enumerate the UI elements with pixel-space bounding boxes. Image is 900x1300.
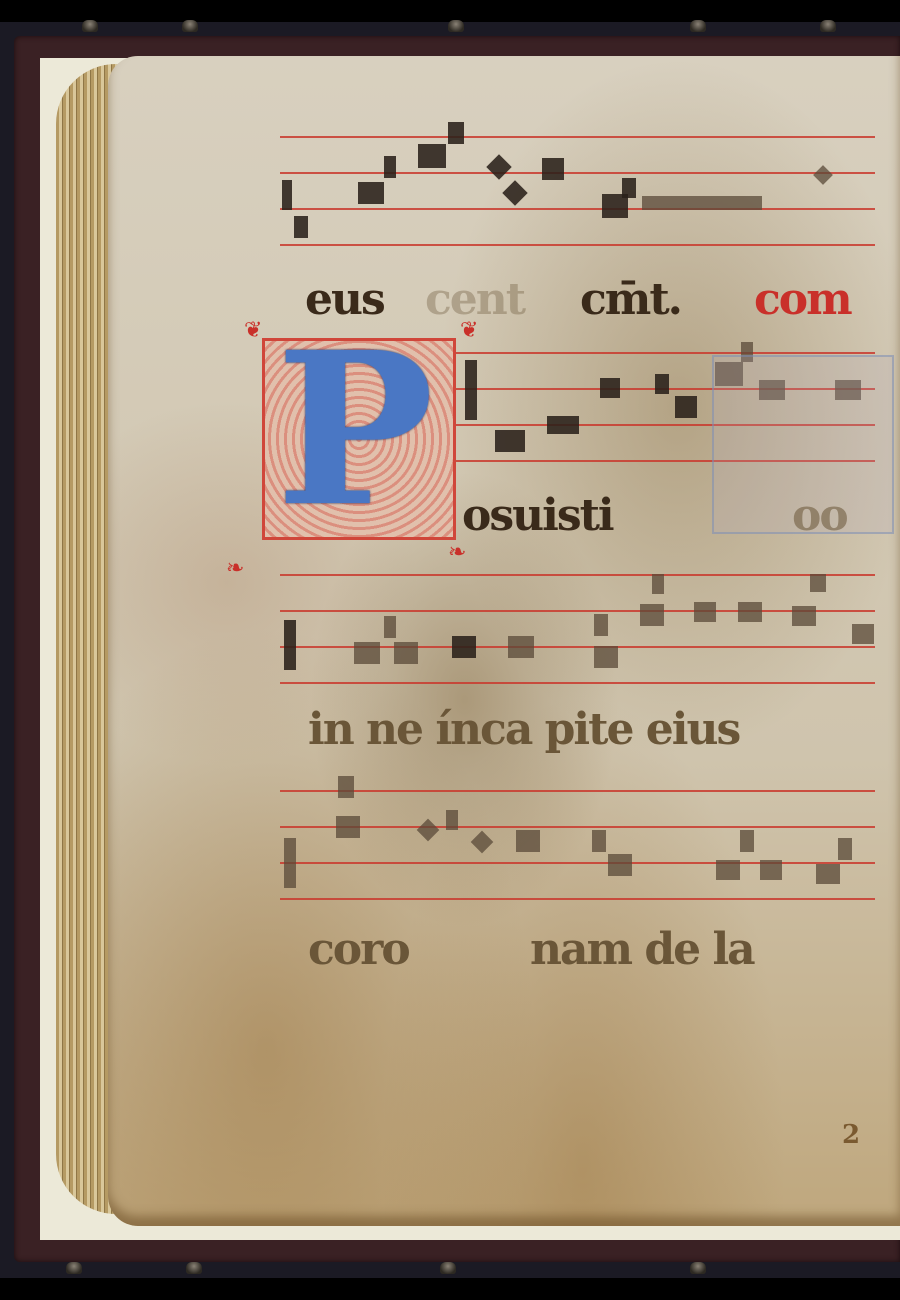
clef-icon	[284, 620, 296, 670]
binding-stud	[690, 1262, 706, 1274]
rubric-text: com	[754, 278, 851, 322]
note	[622, 178, 636, 198]
flourish-icon: ❧	[448, 540, 466, 565]
music-staff	[280, 574, 875, 686]
note	[508, 636, 534, 658]
note-rhombus	[813, 165, 833, 185]
binding-stud	[82, 20, 98, 32]
note	[446, 810, 458, 830]
clef-icon	[284, 838, 296, 888]
note	[738, 602, 762, 622]
note	[760, 860, 782, 880]
lyric-text: cm̄t.	[580, 278, 681, 322]
note	[594, 646, 618, 668]
binding-stud	[448, 20, 464, 32]
top-black-border	[0, 0, 900, 22]
note	[792, 606, 816, 626]
note-rhombus	[471, 831, 494, 854]
lyric-text-faded: cent	[425, 278, 524, 322]
flourish-icon: ❦	[244, 318, 262, 343]
folio-mark: 2	[842, 1120, 860, 1150]
note	[810, 574, 826, 592]
note-rhombus	[486, 154, 511, 179]
binding-stud	[690, 20, 706, 32]
lyric-text: nam de la	[530, 928, 754, 972]
note	[495, 430, 525, 452]
note	[852, 624, 874, 644]
note	[294, 216, 308, 238]
note	[452, 636, 476, 658]
lyric-text-faded: oo	[792, 494, 847, 538]
note	[716, 860, 740, 880]
note	[675, 396, 697, 418]
note	[418, 144, 446, 168]
note	[336, 816, 360, 838]
note-rhombus	[417, 819, 440, 842]
note	[652, 574, 664, 594]
binding-stud	[182, 20, 198, 32]
note	[354, 642, 380, 664]
note	[694, 602, 716, 622]
note-rhombus	[502, 180, 527, 205]
clef-icon	[282, 180, 292, 210]
note	[384, 156, 396, 178]
note	[516, 830, 540, 852]
note	[838, 838, 852, 860]
binding-stud	[440, 1262, 456, 1274]
lyric-text: in ne ínca pite eius	[308, 708, 739, 752]
binding-stud	[186, 1262, 202, 1274]
binding-stud	[820, 20, 836, 32]
note	[547, 416, 579, 434]
note	[655, 374, 669, 394]
note	[640, 604, 664, 626]
note	[600, 378, 620, 398]
stained-notes	[642, 196, 762, 210]
lyric-text: osuisti	[462, 494, 613, 538]
note	[358, 182, 384, 204]
flourish-icon: ❧	[226, 556, 244, 581]
music-staff	[280, 136, 875, 246]
note	[608, 854, 632, 876]
note	[592, 830, 606, 852]
note	[594, 614, 608, 636]
note	[542, 158, 564, 180]
decorated-initial: P	[270, 330, 440, 530]
note	[338, 776, 354, 798]
note	[816, 864, 840, 884]
note	[740, 830, 754, 852]
flourish-icon: ❦	[460, 318, 478, 343]
bottom-black-border	[0, 1278, 900, 1300]
note	[394, 642, 418, 664]
clef-icon	[465, 360, 477, 420]
note	[448, 122, 464, 144]
note	[384, 616, 396, 638]
lyric-text: coro	[308, 928, 409, 972]
binding-stud	[66, 1262, 82, 1274]
music-staff	[280, 790, 875, 900]
